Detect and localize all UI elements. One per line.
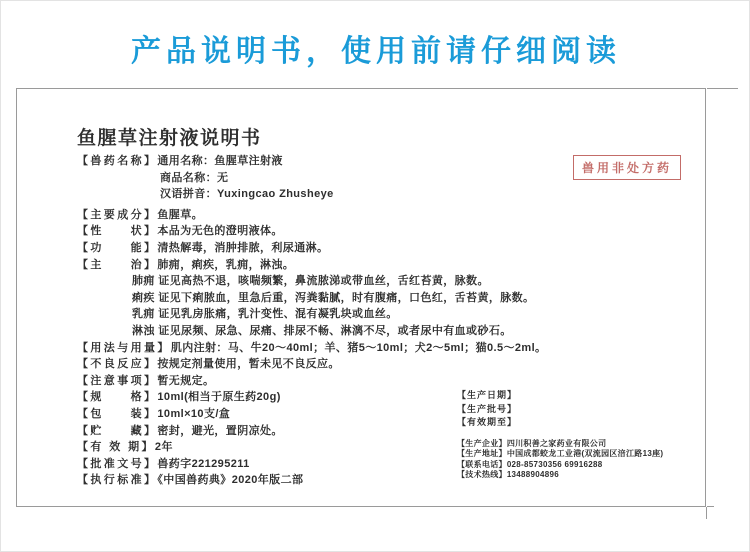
- field-value: 暂无规定。: [157, 375, 214, 387]
- field-value: 鱼腥草。: [157, 209, 203, 221]
- field-value: 《中国兽药典》2020年版二部: [157, 474, 303, 486]
- spec-line: 【包 装】10ml×10支/盒: [77, 406, 707, 423]
- field-label: 【生产地址】: [457, 449, 507, 458]
- spec-line: 肺痈 证见高热不退，咳喘频繁，鼻流脓涕或带血丝，舌红苔黄，脉数。: [77, 273, 707, 290]
- company-info-row: 【技术热线】13488904896: [457, 470, 663, 480]
- field-label: 【不良反应】: [77, 358, 157, 370]
- field-value: 肺痈 证见高热不退，咳喘频繁，鼻流脓涕或带血丝，舌红苔黄，脉数。: [132, 275, 489, 287]
- field-value: 2年: [155, 441, 173, 453]
- spec-line: 痢疾 证见下痢脓血，里急后重，泻粪黏腻，时有腹痛，口色红，舌苔黄，脉数。: [77, 290, 707, 307]
- spec-line: 【用法与用量】肌内注射：马、牛20～40ml；羊、猪5～10ml；犬2～5ml；…: [77, 340, 707, 357]
- meta-field: 【生产日期】: [457, 389, 517, 403]
- field-value: 中国成都蛟龙工业港(双流园区涪江路13座): [507, 449, 664, 458]
- field-label: 【技术热线】: [457, 470, 507, 479]
- company-info-row: 【生产企业】四川积善之家药业有限公司: [457, 439, 663, 449]
- field-value: 淋浊 证见尿频、尿急、尿痛、排尿不畅、淋漓不尽，或者尿中有血或砂石。: [132, 325, 512, 337]
- spec-line: 【不良反应】按规定剂量使用，暂未见不良反应。: [77, 356, 707, 373]
- document-title: 鱼腥草注射液说明书: [77, 123, 262, 150]
- trim-mark: [706, 507, 707, 519]
- field-label: 【联系电话】: [457, 460, 507, 469]
- field-value: 清热解毒，消肿排脓，利尿通淋。: [157, 242, 328, 254]
- field-value: 通用名称：鱼腥草注射液: [157, 155, 282, 167]
- label-sheet: 产品说明书，使用前请仔细阅读 鱼腥草注射液说明书 兽用非处方药 【兽药名称】通用…: [0, 0, 750, 552]
- field-value: 按规定剂量使用，暂未见不良反应。: [157, 358, 339, 370]
- field-label: 【批准文号】: [77, 458, 157, 470]
- spec-line: 【性 状】本品为无色的澄明液体。: [77, 223, 707, 240]
- field-label: 【主要成分】: [77, 209, 157, 221]
- field-label: 【执行标准】: [77, 474, 157, 486]
- meta-field: 【生产批号】: [457, 403, 517, 417]
- field-value: 13488904896: [507, 470, 559, 479]
- field-label: 【有 效 期】: [77, 441, 155, 453]
- spec-line: 【规 格】10ml(相当于原生药20g): [77, 389, 707, 406]
- field-value: 028-85730356 69916288: [507, 460, 603, 469]
- field-label: 【生产企业】: [457, 439, 507, 448]
- field-value: 肺痈，痢疾，乳痈，淋浊。: [157, 259, 294, 271]
- trim-mark: [707, 506, 714, 507]
- field-label: 【功 能】: [77, 242, 157, 254]
- company-info: 【生产企业】四川积善之家药业有限公司 【生产地址】中国成都蛟龙工业港(双流园区涪…: [457, 439, 663, 481]
- trim-mark: [707, 88, 738, 89]
- field-value: 汉语拼音：Yuxingcao Zhusheye: [160, 188, 334, 200]
- field-label: 【兽药名称】: [77, 155, 157, 167]
- field-value: 四川积善之家药业有限公司: [507, 439, 607, 448]
- spec-line: 【贮 藏】密封，避光，置阴凉处。: [77, 423, 707, 440]
- spec-line: 【主要成分】鱼腥草。: [77, 207, 707, 224]
- field-value: 10ml×10支/盒: [157, 408, 230, 420]
- spec-line: 【主 治】肺痈，痢疾，乳痈，淋浊。: [77, 257, 707, 274]
- field-value: 肌内注射：马、牛20～40ml；羊、猪5～10ml；犬2～5ml；猫0.5～2m…: [171, 342, 547, 354]
- banner-title: 产品说明书，使用前请仔细阅读: [1, 33, 750, 71]
- field-value: 10ml(相当于原生药20g): [157, 391, 280, 403]
- field-value: 密封，避光，置阴凉处。: [157, 425, 282, 437]
- field-value: 兽药字221295211: [157, 458, 249, 470]
- field-value: 商品名称：无: [160, 172, 228, 184]
- spec-line: 【功 能】清热解毒，消肿排脓，利尿通淋。: [77, 240, 707, 257]
- production-fields: 【生产日期】 【生产批号】 【有效期至】: [457, 389, 517, 430]
- field-value: 本品为无色的澄明液体。: [157, 225, 282, 237]
- spec-line: 淋浊 证见尿频、尿急、尿痛、排尿不畅、淋漓不尽，或者尿中有血或砂石。: [77, 323, 707, 340]
- field-value: 痢疾 证见下痢脓血，里急后重，泻粪黏腻，时有腹痛，口色红，舌苔黄，脉数。: [132, 292, 534, 304]
- field-label: 【包 装】: [77, 408, 157, 420]
- spec-line: 【注意事项】暂无规定。: [77, 373, 707, 390]
- field-label: 【用法与用量】: [77, 342, 171, 354]
- company-info-row: 【联系电话】028-85730356 69916288: [457, 460, 663, 470]
- document-border: 鱼腥草注射液说明书 兽用非处方药 【兽药名称】通用名称：鱼腥草注射液 商品名称：…: [16, 88, 706, 507]
- field-label: 【注意事项】: [77, 375, 157, 387]
- spec-line: 汉语拼音：Yuxingcao Zhusheye: [77, 186, 707, 203]
- spec-line: 乳痈 证见乳房胀痛，乳汁变性、混有凝乳块或血丝。: [77, 306, 707, 323]
- spec-line: 商品名称：无: [77, 170, 707, 187]
- field-label: 【贮 藏】: [77, 425, 157, 437]
- field-label: 【主 治】: [77, 259, 157, 271]
- field-label: 【性 状】: [77, 225, 157, 237]
- spec-line: 【兽药名称】通用名称：鱼腥草注射液: [77, 153, 707, 170]
- field-label: 【规 格】: [77, 391, 157, 403]
- meta-field: 【有效期至】: [457, 416, 517, 430]
- company-info-row: 【生产地址】中国成都蛟龙工业港(双流园区涪江路13座): [457, 449, 663, 459]
- field-value: 乳痈 证见乳房胀痛，乳汁变性、混有凝乳块或血丝。: [132, 308, 398, 320]
